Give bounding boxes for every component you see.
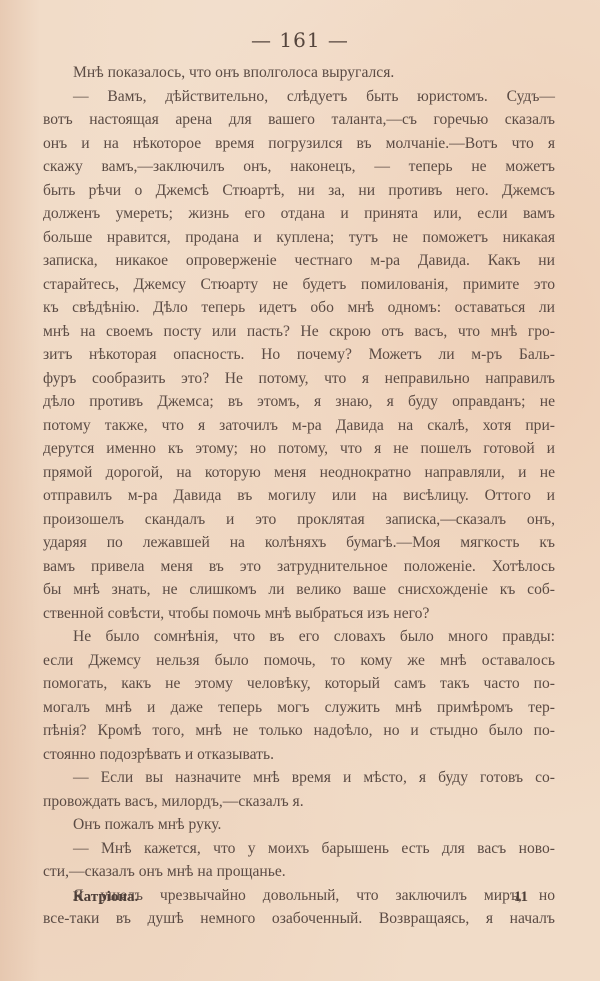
footer-sheet-number: 11 [514, 889, 528, 906]
text-line: быть рѣчи о Джемсѣ Стюартѣ, ни за, ни пр… [43, 179, 555, 203]
footer-signature: Катріона. [73, 889, 138, 906]
text-line: произошелъ скандалъ и это проклятая запи… [43, 508, 555, 532]
text-line: — Если вы назначите мнѣ время и мѣсто, я… [43, 766, 555, 790]
text-line: старайтесь, Джемсу Стюарту не будетъ пом… [43, 273, 555, 297]
text-line: бы мнѣ знать, не слишкомъ ли велико ваше… [43, 578, 555, 602]
text-line: зитъ нѣкоторая опасность. Но почему? Мож… [43, 343, 555, 367]
text-line: отправилъ м-ра Давида въ могилу или на в… [43, 484, 555, 508]
text-line: прямой дорогой, на которую меня неоднокр… [43, 461, 555, 485]
text-line: Не было сомнѣнія, что въ его словахъ был… [43, 625, 555, 649]
text-line: долженъ умереть; жизнь его отдана и прин… [43, 202, 555, 226]
text-line: сти,—сказалъ онъ мнѣ на прощанье. [43, 860, 555, 884]
text-line: Онъ пожалъ мнѣ руку. [43, 813, 555, 837]
page-footer: Катріона. 11 [73, 889, 528, 906]
text-line: мнѣ на своемъ посту или пасть? Не скрою … [43, 320, 555, 344]
text-line: Мнѣ показалось, что онъ вполголоса выруг… [43, 61, 555, 85]
text-line: вотъ настоящая арена для вашего таланта,… [43, 108, 555, 132]
text-line: ударяя по лежавшей на колѣняхъ бумагѣ.—М… [43, 531, 555, 555]
page-number-header: — 161 — [0, 28, 600, 52]
text-line: все-таки въ душѣ немного озабоченный. Во… [43, 907, 555, 931]
text-line: — Вамъ, дѣйствительно, слѣдуетъ быть юри… [43, 85, 555, 109]
text-line: стоянно подозрѣвать и отказывать. [43, 743, 555, 767]
text-line: фуръ сообразить это? Не потому, что я не… [43, 367, 555, 391]
text-line: больше нравится, продана и куплена; тутъ… [43, 226, 555, 250]
text-line: провождать васъ, милордъ,—сказалъ я. [43, 790, 555, 814]
text-line: онъ и на нѣкоторое время погрузился въ м… [43, 132, 555, 156]
text-line: — Мнѣ кажется, что у моихъ барышень есть… [43, 837, 555, 861]
text-line: дѣло противъ Джемса; въ этомъ, я знаю, я… [43, 390, 555, 414]
page-edge-shadow [0, 0, 40, 981]
text-line: дерутся именно къ этому; но потому, что … [43, 437, 555, 461]
text-line: могалъ мнѣ и даже теперь могъ служить мн… [43, 696, 555, 720]
text-line: къ свѣдѣнію. Дѣло теперь идетъ обо мнѣ о… [43, 296, 555, 320]
text-line: помогать, какъ не этому человѣку, которы… [43, 672, 555, 696]
text-line: потому также, что я заточилъ м-ра Давида… [43, 414, 555, 438]
text-line: скажу вамъ,—заключилъ онъ, наконецъ, — т… [43, 155, 555, 179]
text-line: вамъ привела меня въ это затруднительное… [43, 555, 555, 579]
body-text: Мнѣ показалось, что онъ вполголоса выруг… [43, 61, 555, 931]
text-line: ственной совѣсти, чтобы помочь мнѣ выбра… [43, 602, 555, 626]
text-line: записка, никакое опроверженіе честнаго м… [43, 249, 555, 273]
text-line: если Джемсу нельзя было помочь, то кому … [43, 649, 555, 673]
text-line: пѣнія? Кромѣ того, мнѣ не только надоѣло… [43, 719, 555, 743]
